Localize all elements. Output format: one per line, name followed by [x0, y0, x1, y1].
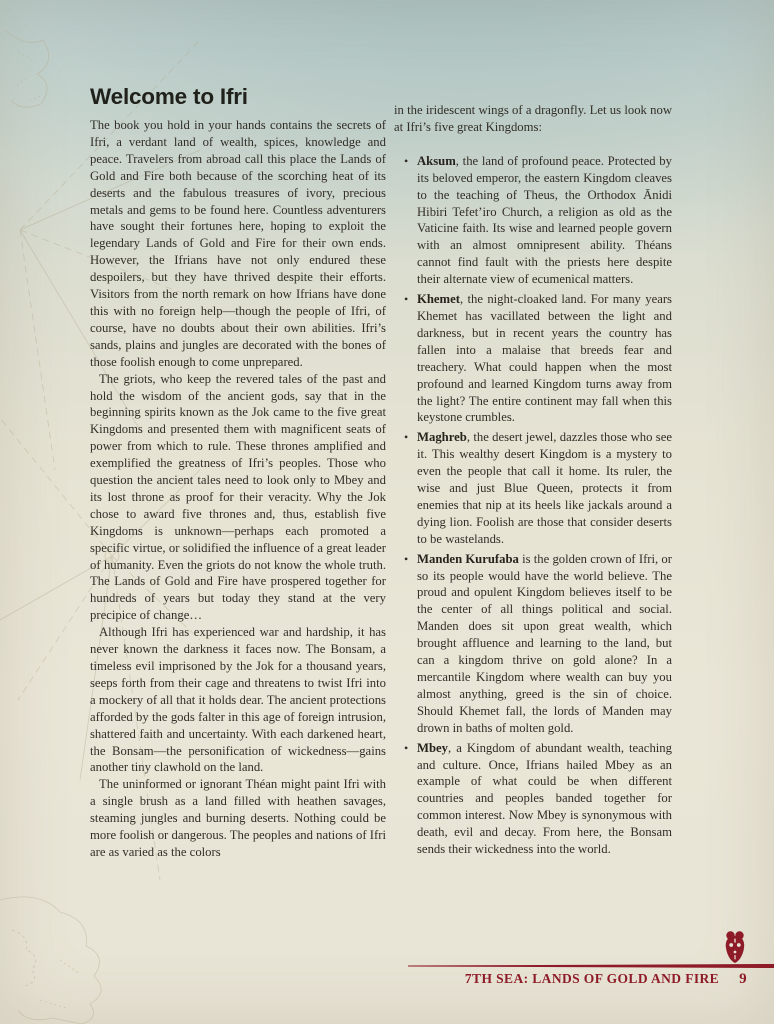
kingdom-text: , the land of profound peace. Protected …: [417, 154, 672, 286]
kingdom-text: , a Kingdom of abundant wealth, teaching…: [417, 741, 672, 856]
book-page: Welcome to Ifri The book you hold in you…: [0, 0, 774, 1024]
kingdom-name: Manden Kurufaba: [417, 552, 519, 566]
kingdom-list: Aksum, the land of profound peace. Prote…: [394, 153, 672, 858]
footer-book-title: 7TH SEA: LANDS OF GOLD AND FIRE: [465, 971, 719, 986]
kingdom-name: Aksum: [417, 154, 456, 168]
kingdom-item-khemet: Khemet, the night-cloaked land. For many…: [417, 291, 672, 426]
column-left: Welcome to Ifri The book you hold in you…: [90, 84, 386, 861]
kingdom-item-aksum: Aksum, the land of profound peace. Prote…: [417, 153, 672, 288]
kingdom-item-maghreb: Maghreb, the desert jewel, dazzles those…: [417, 429, 672, 547]
tribal-mask-icon: [721, 930, 749, 965]
kingdom-name: Mbey: [417, 741, 448, 755]
kingdom-item-mbey: Mbey, a Kingdom of abundant wealth, teac…: [417, 740, 672, 858]
paragraph-dragonfly: in the iridescent wings of a dragonfly. …: [394, 102, 672, 136]
kingdom-item-manden-kurufaba: Manden Kurufaba is the golden crown of I…: [417, 551, 672, 737]
kingdom-name: Maghreb: [417, 430, 467, 444]
paragraph-griots: The griots, who keep the revered tales o…: [90, 371, 386, 625]
column-right: in the iridescent wings of a dragonfly. …: [394, 102, 672, 861]
kingdom-text: is the golden crown of Ifri, or so its p…: [417, 552, 672, 735]
kingdom-text: , the night-cloaked land. For many years…: [417, 292, 672, 424]
paragraph-uninformed: The uninformed or ignorant Théan might p…: [90, 776, 386, 861]
page-title: Welcome to Ifri: [90, 84, 386, 110]
kingdom-text: , the desert jewel, dazzles those who se…: [417, 430, 672, 545]
page-number: 9: [739, 971, 747, 987]
footer: 7TH SEA: LANDS OF GOLD AND FIRE9: [465, 971, 747, 988]
kingdom-name: Khemet: [417, 292, 460, 306]
paragraph-bonsam: Although Ifri has experienced war and ha…: [90, 624, 386, 776]
footer-rule: [408, 964, 774, 968]
paragraph-intro-secrets: The book you hold in your hands contains…: [90, 117, 386, 371]
